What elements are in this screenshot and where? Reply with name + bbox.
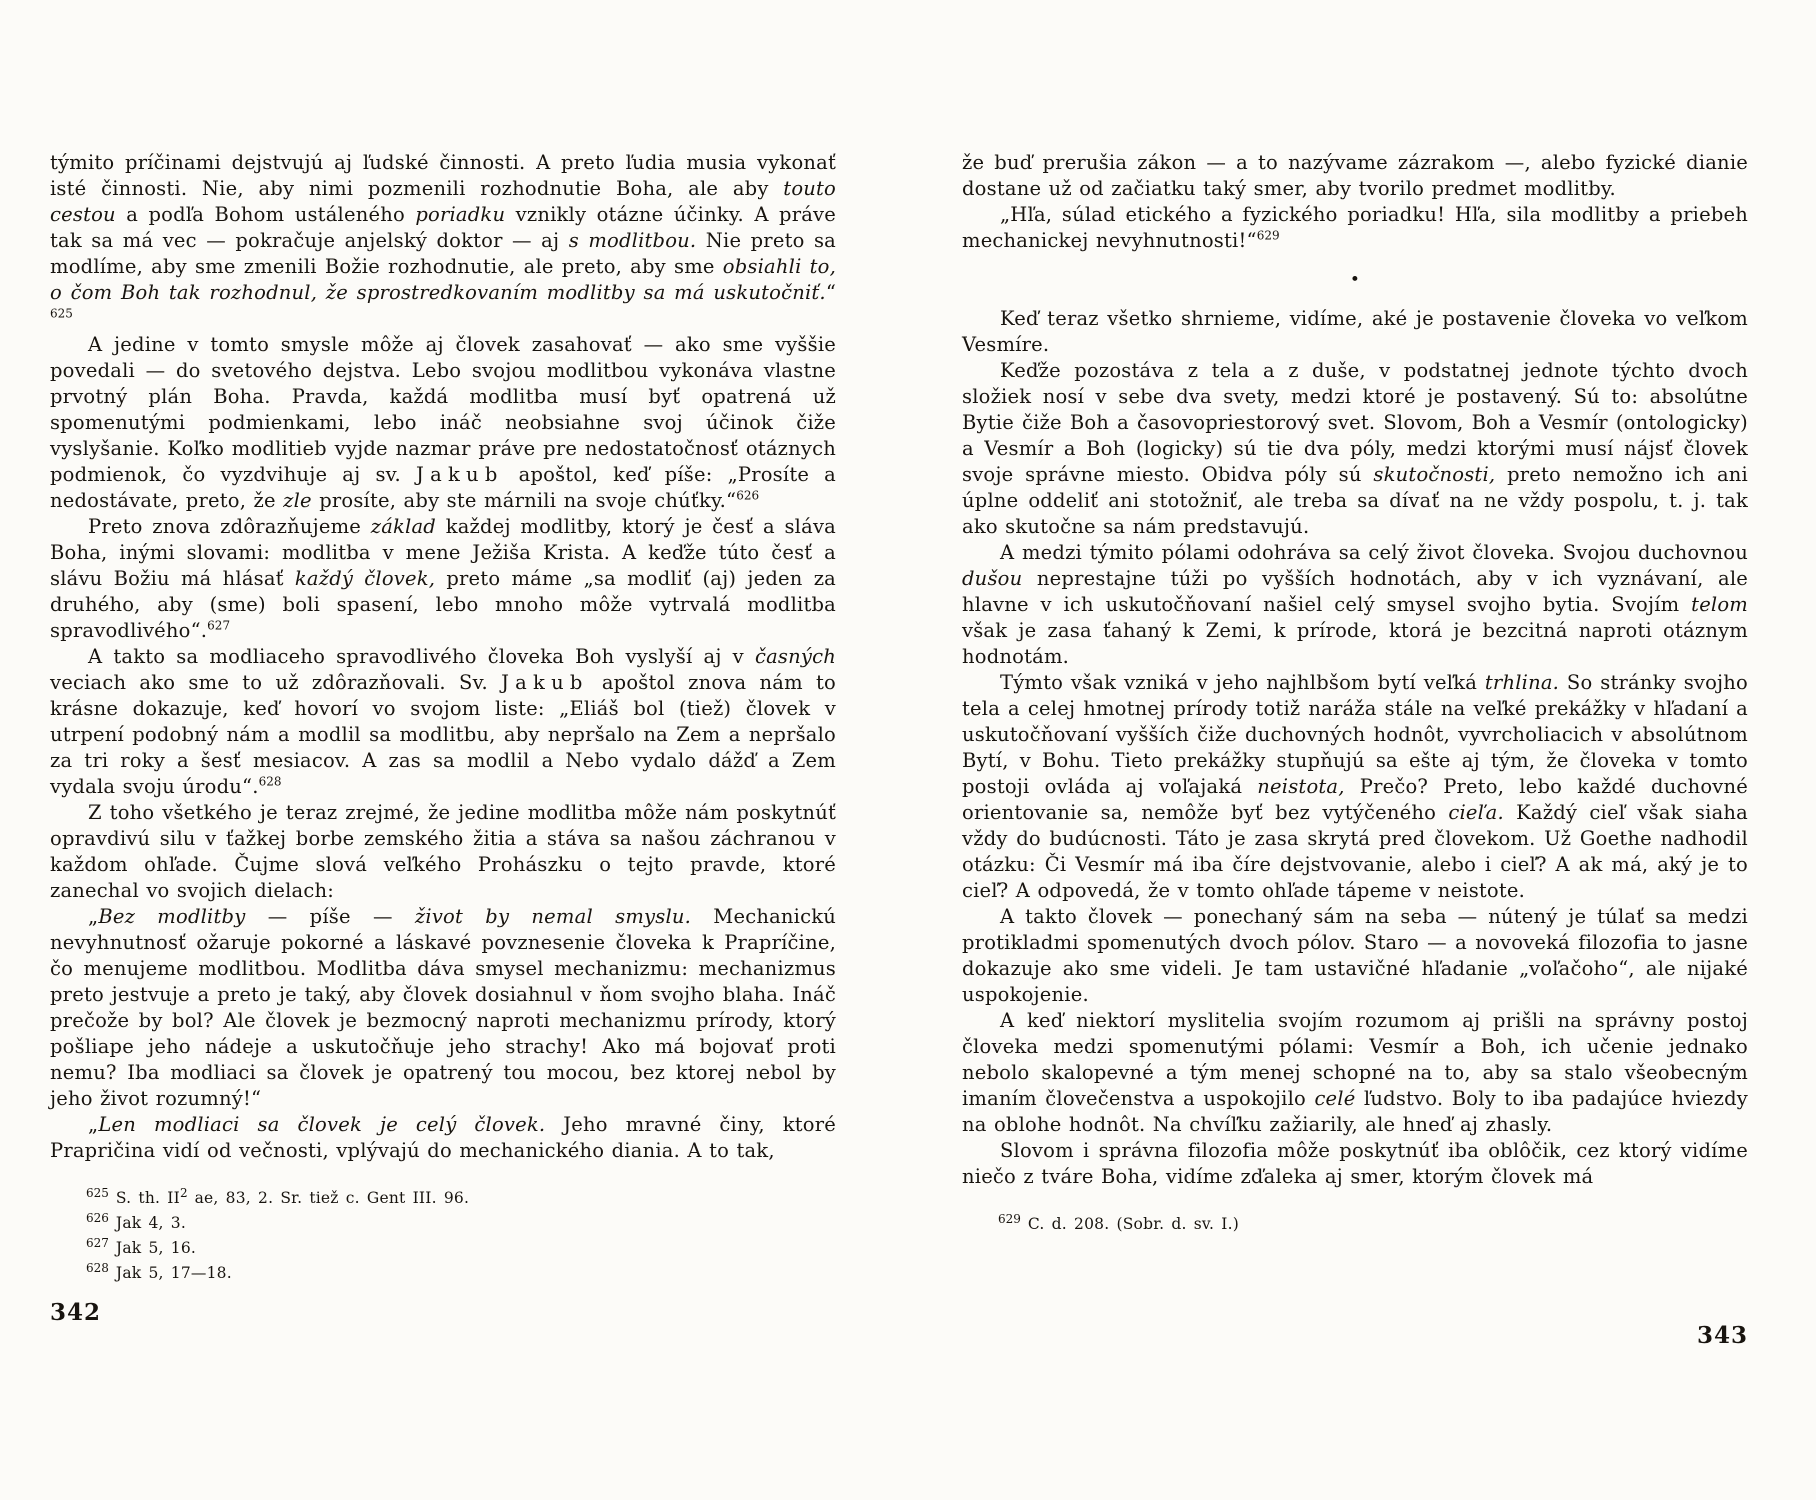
footnote-marker: 629 — [1257, 229, 1280, 243]
text-segment: A takto človek — ponechaný sám na seba —… — [962, 905, 1748, 1006]
paragraph: že buď prerušia zákon — a to nazývame zá… — [962, 150, 1748, 202]
page-343-paragraphs: že buď prerušia zákon — a to nazývame zá… — [962, 150, 1748, 1190]
text-segment: Týmto však vzniká v jeho najhlbšom bytí … — [1000, 671, 1485, 694]
page-342-footnotes: 625S. th. II2ae, 83, 2. Sr. tiež c. Gent… — [50, 1186, 836, 1286]
text-segment: Slovom i správna filozofia môže poskytnú… — [962, 1139, 1748, 1188]
text-segment: Jak 4, 3. — [116, 1214, 186, 1232]
paragraph: A jedine v tomto smysle môže aj človek z… — [50, 332, 836, 514]
text-segment: S. th. II — [116, 1189, 180, 1207]
text-segment: cieľa. — [1448, 801, 1504, 824]
text-segment: poriadku — [415, 203, 505, 226]
page-342-paragraphs: týmito príčinami dejstvujú aj ľudské čin… — [50, 150, 836, 1164]
text-segment: veciach ako sme to už zdôrazňovali. Sv. — [50, 671, 501, 694]
footnote: 627Jak 5, 16. — [50, 1236, 836, 1261]
paragraph: Z toho všetkého je teraz zrejmé, že jedi… — [50, 800, 836, 904]
text-segment: telom — [1691, 593, 1748, 616]
footnote: 625S. th. II2ae, 83, 2. Sr. tiež c. Gent… — [50, 1186, 836, 1211]
footnote: 629C. d. 208. (Sobr. d. sv. I.) — [962, 1212, 1748, 1237]
text-segment: — píše — — [245, 905, 414, 928]
footnote: 628Jak 5, 17—18. — [50, 1261, 836, 1286]
footnote-marker: 2 — [180, 1186, 188, 1200]
paragraph: A takto sa modliaceho spravodlivého člov… — [50, 644, 836, 800]
section-separator-dot: • — [962, 267, 1748, 293]
text-segment: ae, 83, 2. Sr. tiež c. Gent III. 96. — [195, 1189, 470, 1207]
paragraph: „Hľa, súlad etického a fyzického poriadk… — [962, 202, 1748, 254]
text-segment: Keď teraz všetko shrnieme, vidíme, aké j… — [962, 307, 1748, 356]
text-segment: Jakub — [416, 463, 504, 486]
paragraph: A takto človek — ponechaný sám na seba —… — [962, 904, 1748, 1008]
footnote-marker: 628 — [86, 1261, 109, 1275]
text-segment: neistota, — [1257, 775, 1344, 798]
text-segment: prosíte, aby ste márnili na svoje chúťky… — [312, 489, 736, 512]
text-segment: “ — [826, 281, 836, 304]
text-segment: neprestajne túži po vyšších hodnotách, a… — [962, 567, 1748, 616]
text-segment: C. d. 208. (Sobr. d. sv. I.) — [1028, 1215, 1239, 1233]
footnote: 626Jak 4, 3. — [50, 1211, 836, 1236]
text-segment: „ — [88, 1113, 98, 1136]
text-segment: život by nemal smyslu. — [415, 905, 691, 928]
text-segment: Bez modlitby — [98, 905, 245, 928]
paragraph: Týmto však vzniká v jeho najhlbšom bytí … — [962, 670, 1748, 904]
text-segment: každý človek, — [295, 567, 435, 590]
footnote-marker: 626 — [86, 1211, 109, 1225]
paragraph: Preto znova zdôrazňujeme základ každej m… — [50, 514, 836, 644]
page-342-text-column: týmito príčinami dejstvujú aj ľudské čin… — [50, 150, 836, 1326]
text-segment: Jak 5, 16. — [116, 1239, 196, 1257]
paragraph: A medzi týmito pólami odohráva sa celý ž… — [962, 540, 1748, 670]
footnote-marker: 625 — [86, 1186, 109, 1200]
page-342: týmito príčinami dejstvujú aj ľudské čin… — [0, 0, 908, 1500]
page-343: že buď prerušia zákon — a to nazývame zá… — [908, 0, 1816, 1500]
text-segment: časných — [755, 645, 836, 668]
footnote-marker: 627 — [86, 1236, 109, 1250]
text-segment: Z toho všetkého je teraz zrejmé, že jedi… — [50, 801, 836, 902]
text-segment: Preto znova zdôrazňujeme — [88, 515, 371, 538]
page-number-343: 343 — [962, 1323, 1748, 1349]
paragraph: „Len modliaci sa človek je celý človek. … — [50, 1112, 836, 1164]
paragraph: Keď teraz všetko shrnieme, vidíme, aké j… — [962, 306, 1748, 358]
text-segment: týmito príčinami dejstvujú aj ľudské čin… — [50, 151, 836, 200]
footnote-marker: 627 — [207, 619, 230, 633]
footnote-marker: 629 — [998, 1212, 1021, 1226]
paragraph: Keďže pozostáva z tela a z duše, v podst… — [962, 358, 1748, 540]
text-segment: dušou — [962, 567, 1022, 590]
text-segment: Mechanickú nevyhnutnosť ožaruje pokorné … — [50, 905, 836, 1110]
text-segment: však je zasa ťahaný k Zemi, k prírode, k… — [962, 619, 1748, 668]
page-343-footnotes: 629C. d. 208. (Sobr. d. sv. I.) — [962, 1212, 1748, 1237]
text-segment: Len modliaci sa človek je celý človek. — [98, 1113, 545, 1136]
paragraph: Slovom i správna filozofia môže poskytnú… — [962, 1138, 1748, 1190]
page-number-342: 342 — [50, 1300, 836, 1326]
text-segment: skutočnosti, — [1373, 463, 1495, 486]
footnote-marker: 625 — [50, 307, 73, 321]
text-segment: celé — [1314, 1087, 1355, 1110]
paragraph: A keď niektorí myslitelia svojím rozumom… — [962, 1008, 1748, 1138]
footnote-marker: 628 — [259, 775, 282, 789]
text-segment: Jak 5, 17—18. — [116, 1264, 232, 1282]
page-343-text-column: že buď prerušia zákon — a to nazývame zá… — [962, 150, 1748, 1349]
text-segment: „Hľa, súlad etického a fyzického poriadk… — [962, 203, 1748, 252]
book-spread: týmito príčinami dejstvujú aj ľudské čin… — [0, 0, 1816, 1500]
text-segment: a podľa Bohom ustáleného — [116, 203, 416, 226]
text-segment: A takto sa modliaceho spravodlivého člov… — [88, 645, 755, 668]
text-segment: trhlina. — [1485, 671, 1559, 694]
text-segment: s modlitbou. — [569, 229, 697, 252]
paragraph: týmito príčinami dejstvujú aj ľudské čin… — [50, 150, 836, 332]
text-segment: zle — [283, 489, 312, 512]
footnote-marker: 626 — [736, 489, 759, 503]
text-segment: A medzi týmito pólami odohráva sa celý ž… — [1000, 541, 1748, 564]
paragraph: „Bez modlitby — píše — život by nemal sm… — [50, 904, 836, 1112]
text-segment: Jakub — [501, 671, 589, 694]
text-segment: základ — [371, 515, 436, 538]
text-segment: že buď prerušia zákon — a to nazývame zá… — [962, 151, 1748, 200]
text-segment: „ — [88, 905, 98, 928]
